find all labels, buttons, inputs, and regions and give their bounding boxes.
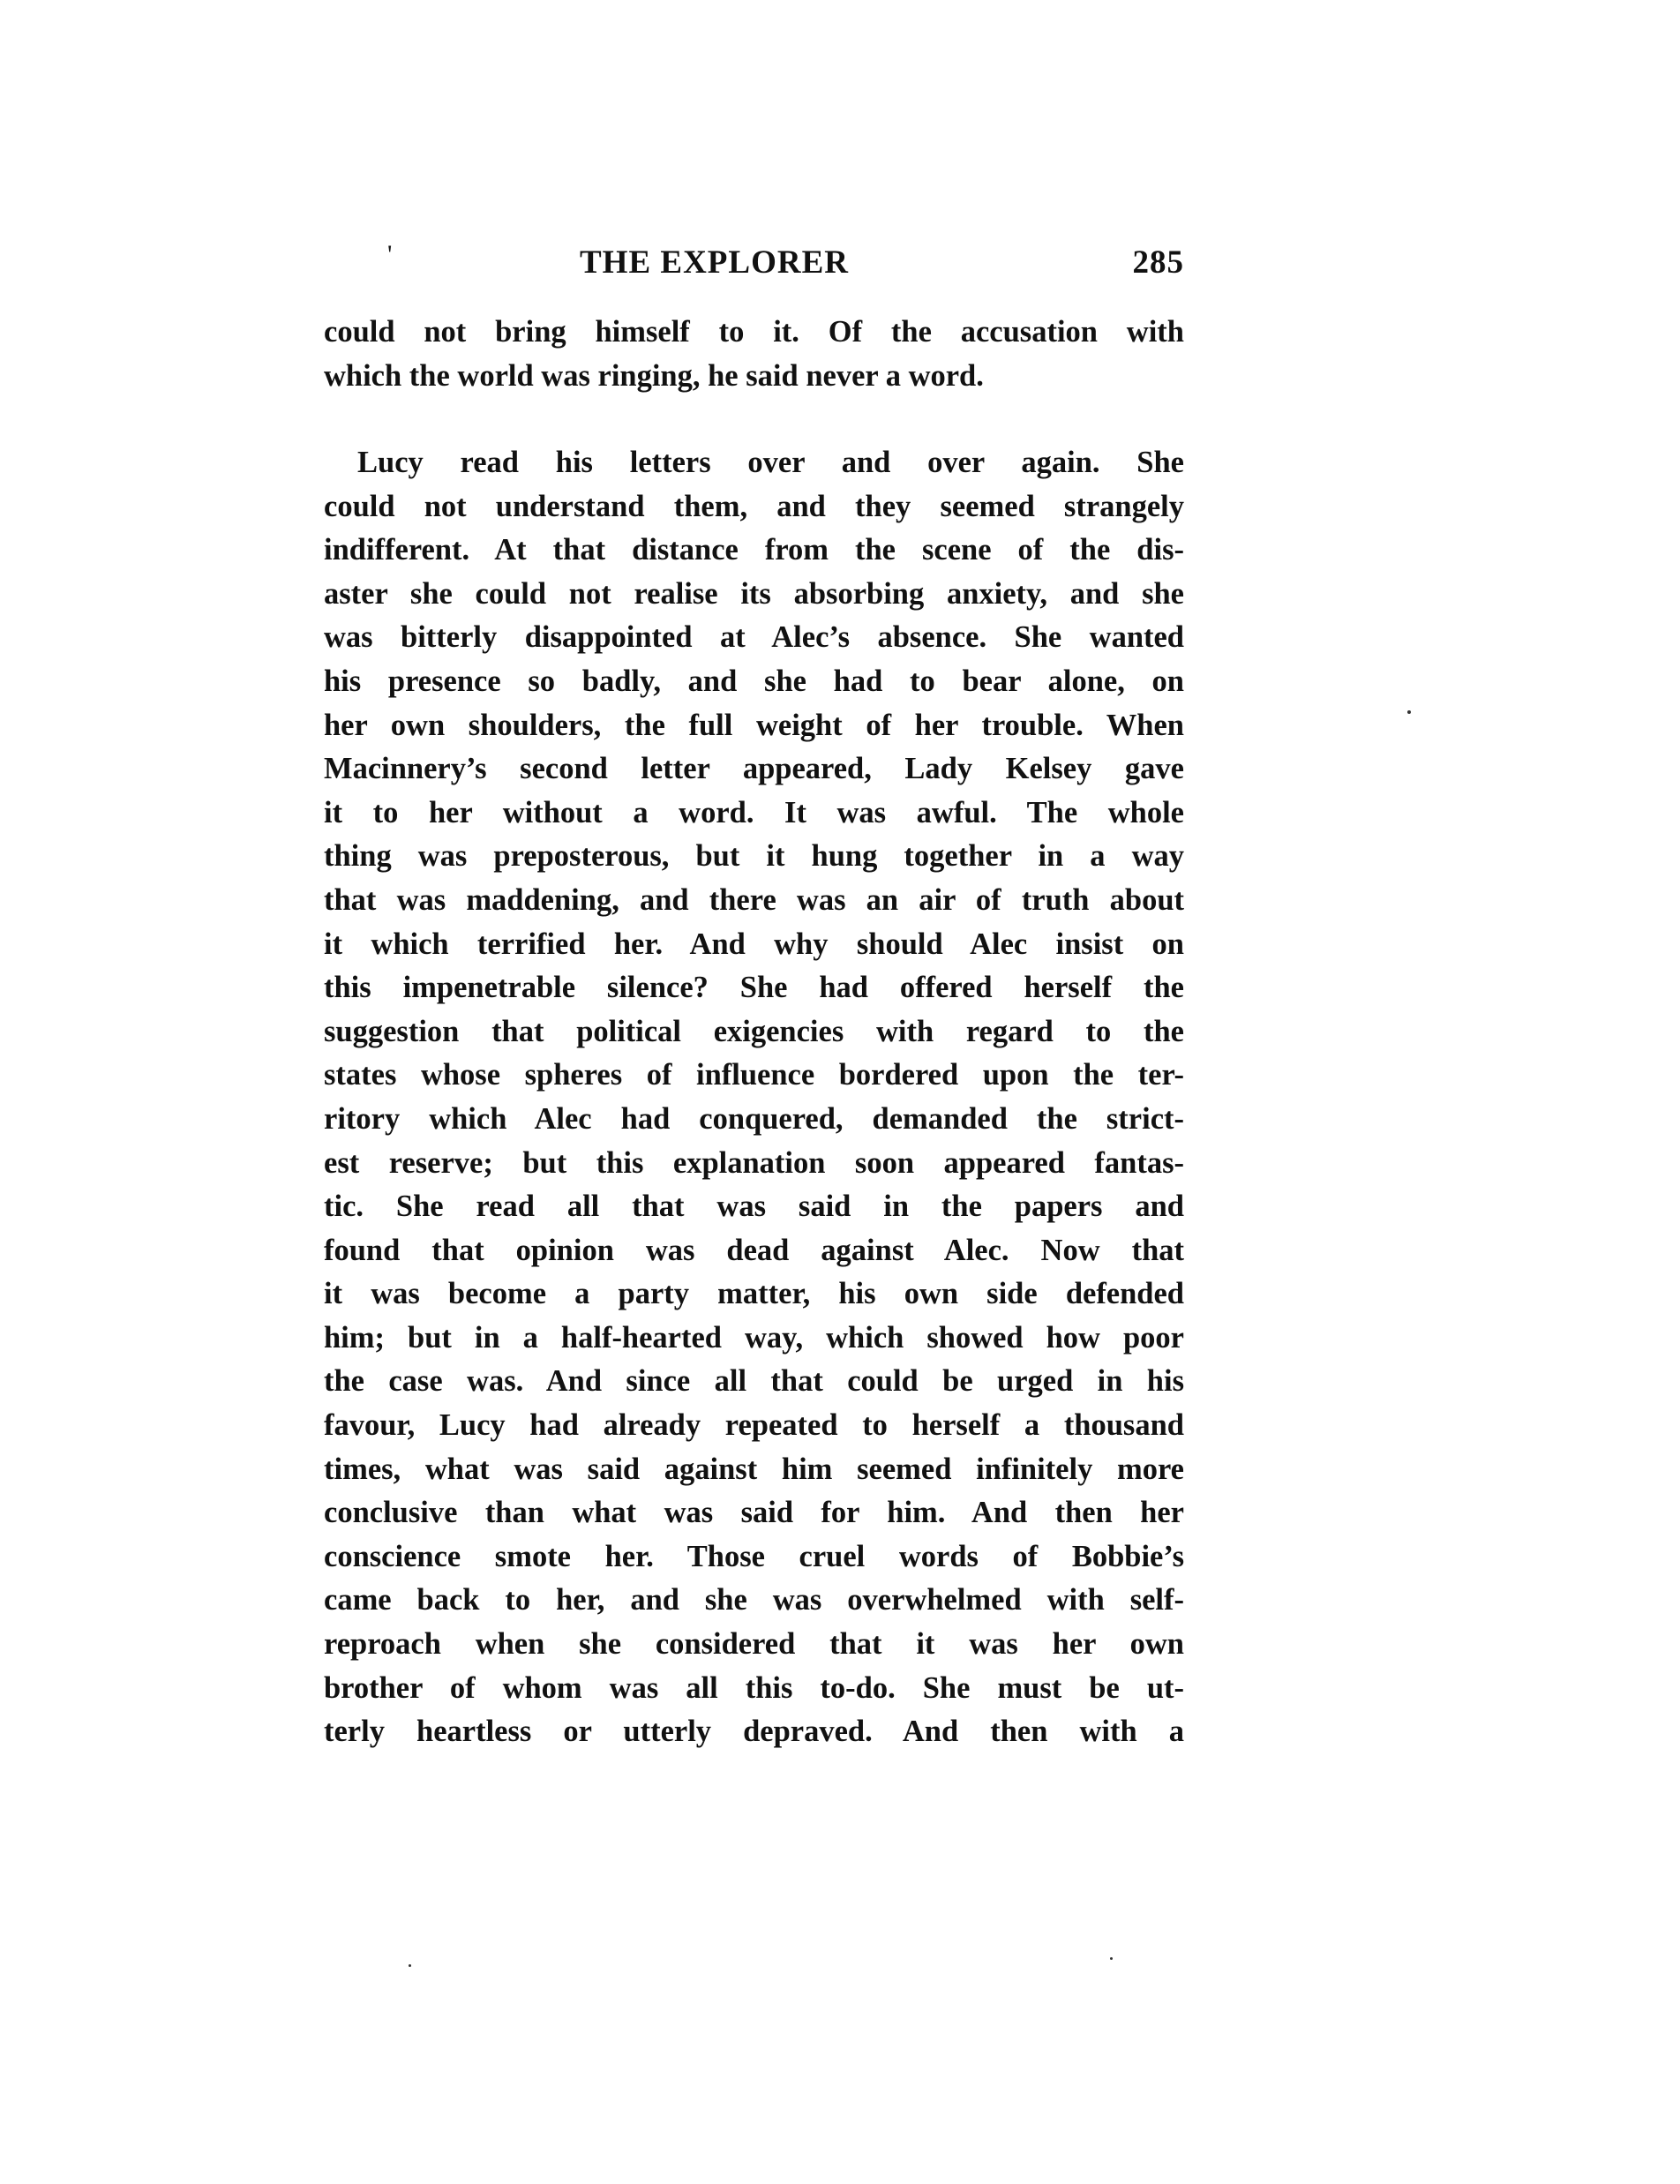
text-line: it which terrified her. And why should A… (324, 923, 1184, 967)
text-line: conclusive than what was said for him. A… (324, 1491, 1184, 1535)
text-line: conscience smote her. Those cruel words … (324, 1535, 1184, 1580)
text-line: this impenetrable silence? She had offer… (324, 966, 1184, 1010)
text-line: times, what was said against him seemed … (324, 1448, 1184, 1492)
text-line: ritory which Alec had conquered, demande… (324, 1098, 1184, 1142)
text-line: him; but in a half-hearted way, which sh… (324, 1317, 1184, 1361)
text-line: her own shoulders, the full weight of he… (324, 704, 1184, 748)
text-line: which the world was ringing, he said nev… (324, 355, 1184, 399)
text-line: reproach when she considered that it was… (324, 1623, 1184, 1667)
text-line: the case was. And since all that could b… (324, 1360, 1184, 1404)
text-line: it was become a party matter, his own si… (324, 1272, 1184, 1317)
text-line: could not bring himself to it. Of the ac… (324, 311, 1184, 355)
running-head-title: THE EXPLORER (580, 244, 849, 281)
stray-mark: ' (387, 240, 393, 270)
text-line: brother of whom was all this to-do. She … (324, 1667, 1184, 1711)
running-head: ' THE EXPLORER 285 (324, 244, 1184, 288)
text-line: indifferent. At that distance from the s… (324, 529, 1184, 573)
scan-speck (409, 1964, 411, 1967)
text-line: tic. She read all that was said in the p… (324, 1185, 1184, 1229)
text-line: aster she could not realise its absorbin… (324, 573, 1184, 617)
text-line: was bitterly disappointed at Alec’s abse… (324, 616, 1184, 660)
text-line: suggestion that political exigencies wit… (324, 1010, 1184, 1054)
text-line: could not understand them, and they seem… (324, 485, 1184, 529)
text-line: est reserve; but this explanation soon a… (324, 1142, 1184, 1186)
paragraph-2: Lucy read his letters over and over agai… (324, 441, 1184, 1754)
scan-speck (1110, 1957, 1113, 1960)
text-line: Macinnery’s second letter appeared, Lady… (324, 747, 1184, 792)
text-line: came back to her, and she was overwhelme… (324, 1579, 1184, 1623)
text-line: that was maddening, and there was an air… (324, 879, 1184, 923)
text-line: Lucy read his letters over and over agai… (324, 441, 1184, 485)
text-line: favour, Lucy had already repeated to her… (324, 1404, 1184, 1448)
text-line: thing was preposterous, but it hung toge… (324, 835, 1184, 879)
text-line: found that opinion was dead against Alec… (324, 1229, 1184, 1273)
text-line: his presence so badly, and she had to be… (324, 660, 1184, 704)
text-line: states whose spheres of influence border… (324, 1054, 1184, 1098)
page-number: 285 (1133, 244, 1185, 281)
text-line: it to her without a word. It was awful. … (324, 792, 1184, 836)
scan-speck (1407, 710, 1411, 714)
paragraph-1: could not bring himself to it. Of the ac… (324, 311, 1184, 398)
text-line: terly heartless or utterly depraved. And… (324, 1710, 1184, 1754)
